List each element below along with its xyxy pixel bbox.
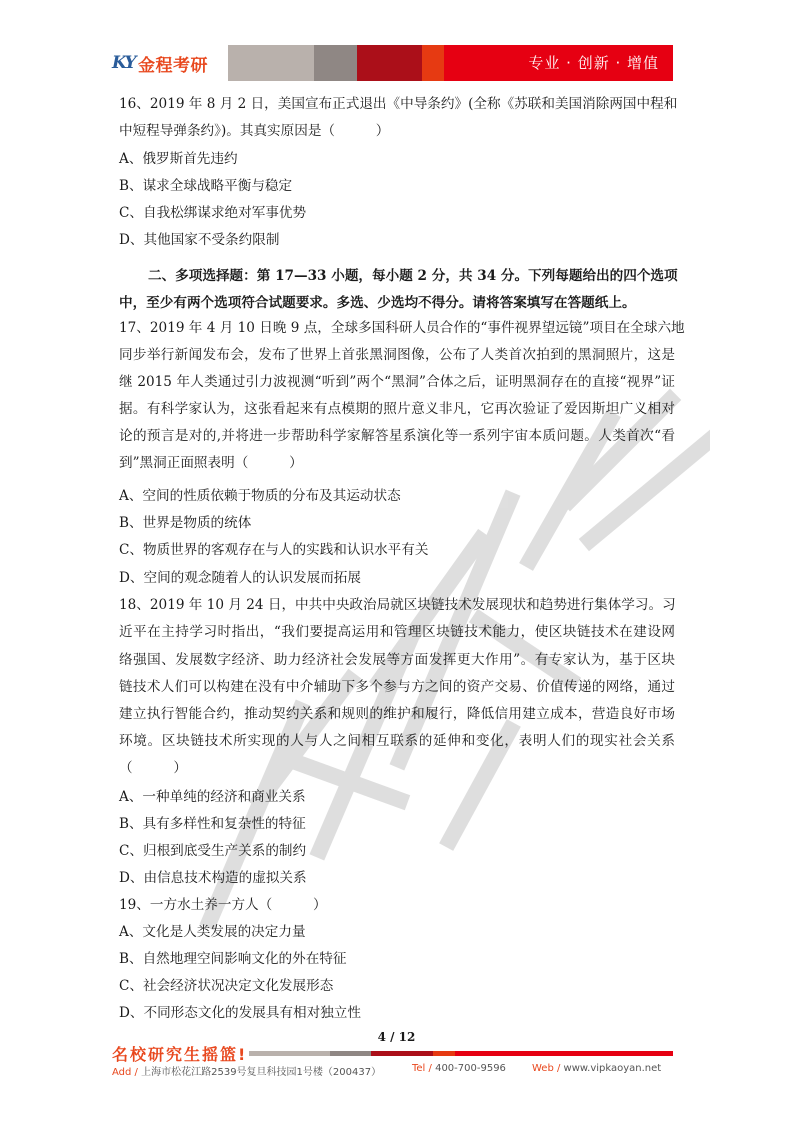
footer-bar-seg-1: [249, 1051, 330, 1056]
footer-bar-seg-5: [455, 1051, 673, 1056]
q18-option-d: D、由信息技术构造的虚拟关系: [119, 868, 307, 888]
q19-option-c: C、社会经济状况决定文化发展形态: [119, 976, 333, 996]
q17-option-d: D、空间的观念随着人的认识发展而拓展: [119, 568, 361, 588]
address-value: 上海市松花江路2539号复旦科技园1号楼（200437）: [141, 1067, 381, 1078]
q19-option-d: D、不同形态文化的发展具有相对独立性: [119, 1003, 361, 1023]
q16-option-b: B、谋求全球战略平衡与稳定: [119, 176, 292, 196]
logo-text: 金程考研: [138, 51, 208, 76]
q18-stem-line-7: （ ）: [119, 758, 187, 778]
footer-website: Web / www.vipkaoyan.net: [532, 1063, 661, 1074]
footer-bar-seg-3: [371, 1051, 433, 1056]
q17-stem-line-5: 论的预言是对的,并将进一步帮助科学家解答星系演化等一系列宇宙本质问题。人类首次“…: [119, 426, 675, 446]
footer-bar-seg-2: [330, 1051, 371, 1056]
footer-bar-seg-4: [433, 1051, 455, 1056]
q18-option-b: B、具有多样性和复杂性的特征: [119, 814, 306, 834]
header-bar-seg-2: [314, 45, 357, 81]
logo-icon: KY: [112, 53, 138, 73]
q18-stem-line-5: 建立执行智能合约，推动契约关系和规则的维护和履行，降低信用建立成本，营造良好市场: [119, 704, 675, 724]
section-heading-line-1: 二、多项选择题：第 17—33 小题，每小题 2 分，共 34 分。下列每题给出…: [148, 266, 675, 286]
q16-stem-line-2: 中短程导弹条约》)。其真实原因是（ ）: [119, 121, 389, 141]
q17-option-c: C、物质世界的客观存在与人的实践和认识水平有关: [119, 540, 428, 560]
q16-stem-line-1: 16、2019 年 8 月 2 日，美国宣布正式退出《中导条约》(全称《苏联和美…: [119, 94, 675, 114]
q19-option-b: B、自然地理空间影响文化的外在特征: [119, 949, 347, 969]
q18-stem-line-3: 络强国、发展数字经济、助力经济社会发展等方面发挥更大作用”。有专家认为，基于区块: [119, 650, 675, 670]
q17-stem-line-3: 继 2015 年人类通过引力波视测“听到”两个“黑洞”合体之后，证明黑洞存在的直…: [119, 372, 675, 392]
footer-phone: Tel / 400-700-9596: [412, 1063, 506, 1074]
q17-option-b: B、世界是物质的统体: [119, 513, 251, 533]
footer-address: Add / 上海市松花江路2539号复旦科技园1号楼（200437）: [112, 1063, 381, 1078]
q18-stem-line-2: 近平在主持学习时指出，“我们要提高运用和管理区块链技术能力，使区块链技术在建设网: [119, 622, 675, 642]
header-bar-seg-4: [422, 45, 444, 81]
q17-stem-line-4: 据。有科学家认为，这张看起来有点模期的照片意义非凡，它再次验证了爱因斯坦广义相对: [119, 399, 675, 419]
web-link[interactable]: www.vipkaoyan.net: [564, 1063, 662, 1074]
footer-tagline: 名校研究生摇篮!: [112, 1042, 247, 1065]
q16-option-a: A、俄罗斯首先违约: [119, 149, 238, 169]
header-bar-seg-1: [228, 45, 314, 81]
document-page: KY 金程考研 专业 · 创新 · 增值 16、2019 年 8 月 2 日，美…: [0, 0, 793, 1122]
web-label: Web /: [532, 1063, 560, 1074]
q18-stem-line-1: 18、2019 年 10 月 24 日，中共中央政治局就区块链技术发展现状和趋势…: [119, 595, 675, 615]
q18-stem-line-4: 链技术人们可以构建在没有中介辅助下多个参与方之间的资产交易、价值传递的网络，通过: [119, 677, 675, 697]
q17-stem-line-1: 17、2019 年 4 月 10 日晚 9 点，全球多国科研人员合作的“事件视界…: [119, 318, 675, 338]
q18-stem-line-6: 环境。区块链技术所实现的人与人之间相互联系的延伸和变化，表明人们的现实社会关系: [119, 731, 675, 751]
tel-label: Tel /: [412, 1063, 432, 1074]
q17-stem-line-2: 同步举行新闻发布会，发布了世界上首张黑洞图像，公布了人类首次拍到的黑洞照片，这是: [119, 345, 675, 365]
q17-stem-line-6: 到”黑洞正面照表明（ ）: [119, 453, 303, 473]
q17-option-a: A、空间的性质依赖于物质的分布及其运动状态: [119, 486, 401, 506]
header-slogan: 专业 · 创新 · 增值: [528, 45, 659, 81]
q16-option-d: D、其他国家不受条约限制: [119, 230, 279, 250]
header-bar-seg-3: [357, 45, 422, 81]
section-heading-line-2: 中，至少有两个选项符合试题要求。多选、少选均不得分。请将答案填写在答题纸上。: [119, 293, 636, 313]
q19-option-a: A、文化是人类发展的决定力量: [119, 922, 306, 942]
brand-logo: KY 金程考研: [112, 45, 228, 81]
q18-option-c: C、归根到底受生产关系的制约: [119, 841, 306, 861]
q19-stem: 19、一方水土养一方人（ ）: [119, 895, 327, 915]
address-label: Add /: [112, 1067, 138, 1078]
q16-option-c: C、自我松绑谋求绝对军事优势: [119, 203, 306, 223]
page-header: KY 金程考研 专业 · 创新 · 增值: [112, 45, 673, 81]
tel-value: 400-700-9596: [435, 1063, 506, 1074]
q18-option-a: A、一种单纯的经济和商业关系: [119, 787, 306, 807]
